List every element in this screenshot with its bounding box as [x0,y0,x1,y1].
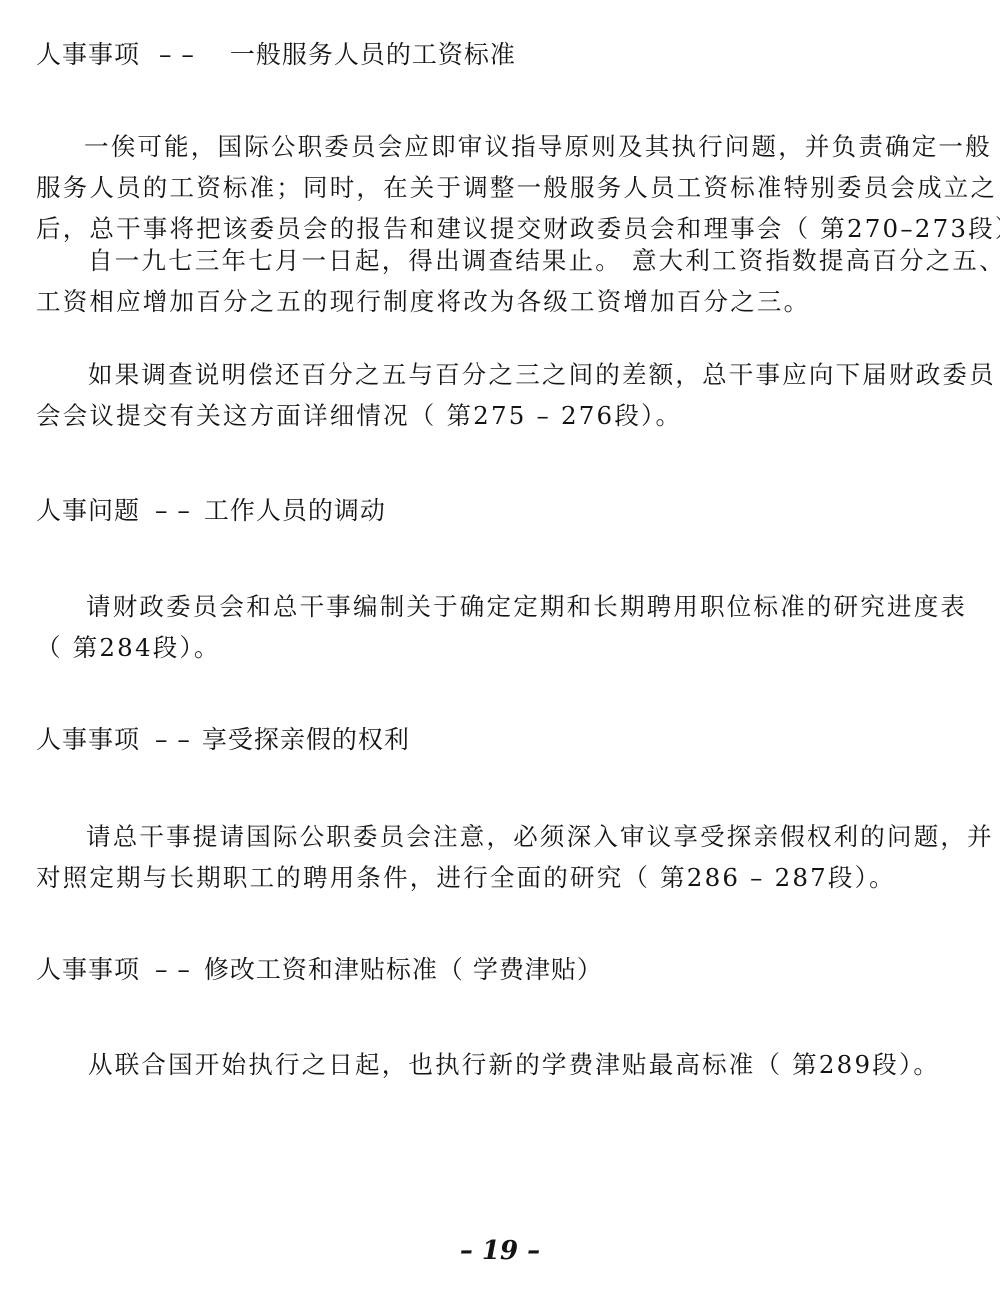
paragraph-line: （ 第284段）。 [36,627,966,668]
section-heading: 人事事项 – – 享受探亲假的权利 [36,725,410,755]
paragraph-line: 会会议提交有关这方面详细情况（ 第275 – 276段）。 [36,395,966,436]
paragraph-line: 工资相应增加百分之五的现行制度将改为各级工资增加百分之三。 [36,281,966,322]
paragraph: 请总干事提请国际公职委员会注意，必须深入审议享受探亲假权利的问题，并 对照定期与… [36,816,966,898]
heading-title: 一般服务人员的工资标准 [230,40,516,70]
heading-title: 工作人员的调动 [204,496,386,526]
heading-prefix: 人事问题 [36,496,140,526]
heading-dash: – – [155,725,191,755]
document-page: 人事事项 – – 一般服务人员的工资标准 一俟可能，国际公职委员会应即审议指导原… [0,0,1000,1308]
paragraph: 如果调查说明偿还百分之五与百分之三之间的差额，总干事应向下届财政委员 会会议提交… [36,354,966,436]
paragraph-line: 请财政委员会和总干事编制关于确定定期和长期聘用职位标准的研究进度表 [36,586,966,627]
paragraph-line: 一俟可能，国际公职委员会应即审议指导原则及其执行问题，并负责确定一般 [36,126,966,167]
paragraph-line: 自一九七三年七月一日起，得出调查结果止。 意大利工资指数提高百分之五、 [36,240,966,281]
page-number: – 19 – [0,1236,1000,1266]
heading-prefix: 人事事项 [36,725,140,755]
paragraph-line: 服务人员的工资标准；同时，在关于调整一般服务人员工资标准特别委员会成立之 [36,167,966,208]
heading-dash: – – [155,955,191,985]
heading-prefix: 人事事项 [36,40,140,70]
paragraph: 从联合国开始执行之日起，也执行新的学费津贴最高标准（ 第289段）。 [36,1044,966,1085]
heading-dash: – – [159,40,195,70]
paragraph-line: 请总干事提请国际公职委员会注意，必须深入审议享受探亲假权利的问题，并 [36,816,966,857]
paragraph-line: 从联合国开始执行之日起，也执行新的学费津贴最高标准（ 第289段）。 [36,1044,966,1085]
section-heading: 人事事项 – – 修改工资和津贴标准（ 学费津贴） [36,955,603,985]
section-heading: 人事事项 – – 一般服务人员的工资标准 [36,40,516,70]
heading-title: 修改工资和津贴标准（ 学费津贴） [204,955,603,985]
paragraph-line: 对照定期与长期职工的聘用条件，进行全面的研究（ 第286 – 287段）。 [36,857,966,898]
section-heading: 人事问题 – – 工作人员的调动 [36,496,386,526]
heading-prefix: 人事事项 [36,955,140,985]
heading-title: 享受探亲假的权利 [202,725,410,755]
paragraph: 自一九七三年七月一日起，得出调查结果止。 意大利工资指数提高百分之五、 工资相应… [36,240,966,322]
paragraph: 请财政委员会和总干事编制关于确定定期和长期聘用职位标准的研究进度表 （ 第284… [36,586,966,668]
heading-dash: – – [155,496,191,526]
paragraph-line: 如果调查说明偿还百分之五与百分之三之间的差额，总干事应向下届财政委员 [36,354,966,395]
paragraph: 一俟可能，国际公职委员会应即审议指导原则及其执行问题，并负责确定一般 服务人员的… [36,126,966,249]
